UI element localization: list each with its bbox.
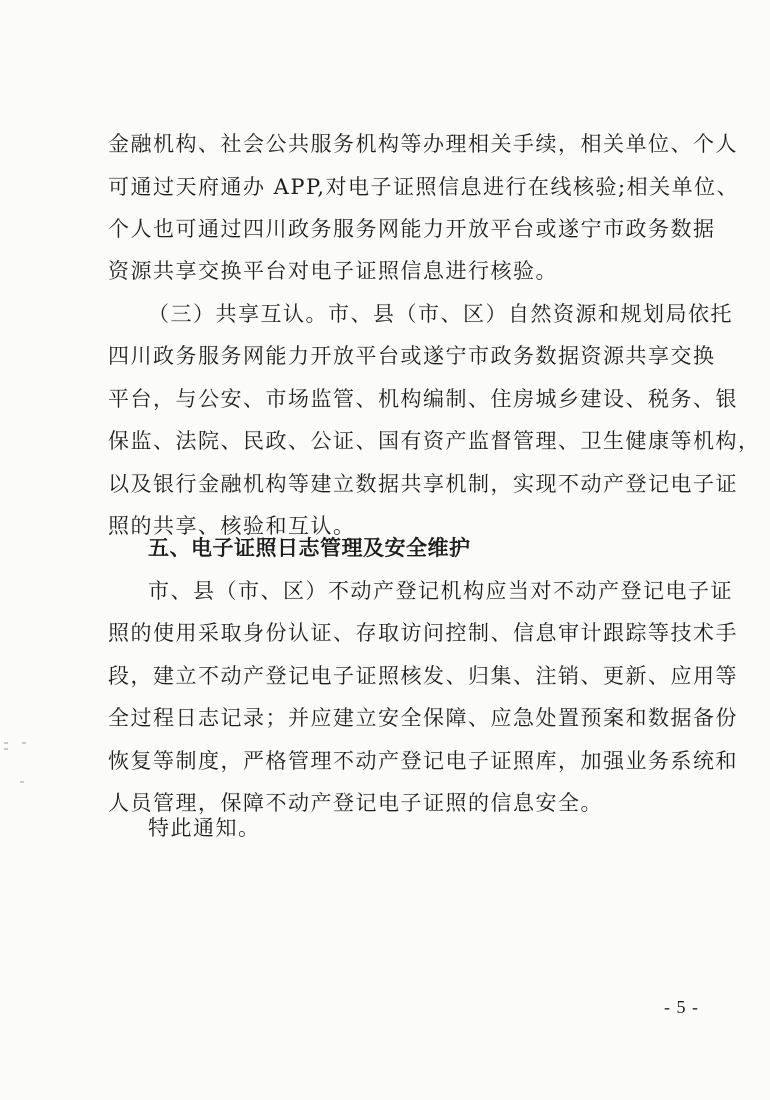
paragraph-2-line-4: 保监、法院、民政、公证、国有资产监督管理、卫生健康等机构， [108,428,683,454]
document-page: 金融机构、社会公共服务机构等办理相关手续，相关单位、个人 可通过天府通办 APP… [0,0,770,1100]
paragraph-3-line-2: 照的使用采取身份认证、存取访问控制、信息审计跟踪等技术手 [108,620,683,646]
scan-artifact [4,742,8,744]
paragraph-3-line-3: 段，建立不动产登记电子证照核发、归集、注销、更新、应用等 [108,663,683,689]
paragraph-1-line-1: 金融机构、社会公共服务机构等办理相关手续，相关单位、个人 [108,131,683,157]
paragraph-3-line-6: 人员管理，保障不动产登记电子证照的信息安全。 [108,790,683,816]
paragraph-2-line-5: 以及银行金融机构等建立数据共享机制，实现不动产登记电子证 [108,471,683,497]
paragraph-2-line-3: 平台，与公安、市场监管、机构编制、住房城乡建设、税务、银 [108,386,683,412]
scan-artifact [22,742,26,744]
paragraph-3-line-5: 恢复等制度，严格管理不动产登记电子证照库，加强业务系统和 [108,748,683,774]
section-heading: 五、电子证照日志管理及安全维护 [148,535,723,561]
paragraph-3-line-4: 全过程日志记录；并应建立安全保障、应急处置预案和数据备份 [108,705,683,731]
page-number: - 5 - [664,997,699,1018]
closing-line: 特此通知。 [148,815,723,841]
paragraph-2-line-2: 四川政务服务网能力开放平台或遂宁市政务数据资源共享交换 [108,343,683,369]
paragraph-1-line-3: 个人也可通过四川政务服务网能力开放平台或遂宁市政务数据 [108,216,683,242]
paragraph-2-line-1: （三）共享互认。市、县（市、区）自然资源和规划局依托 [148,301,723,327]
paragraph-1-line-2: 可通过天府通办 APP,对电子证照信息进行在线核验;相关单位、 [108,174,683,200]
paragraph-1-line-4: 资源共享交换平台对电子证照信息进行核验。 [108,258,683,284]
scan-artifact [4,748,8,750]
scan-artifact [20,781,24,783]
paragraph-3-line-1: 市、县（市、区）不动产登记机构应当对不动产登记电子证 [148,578,723,604]
